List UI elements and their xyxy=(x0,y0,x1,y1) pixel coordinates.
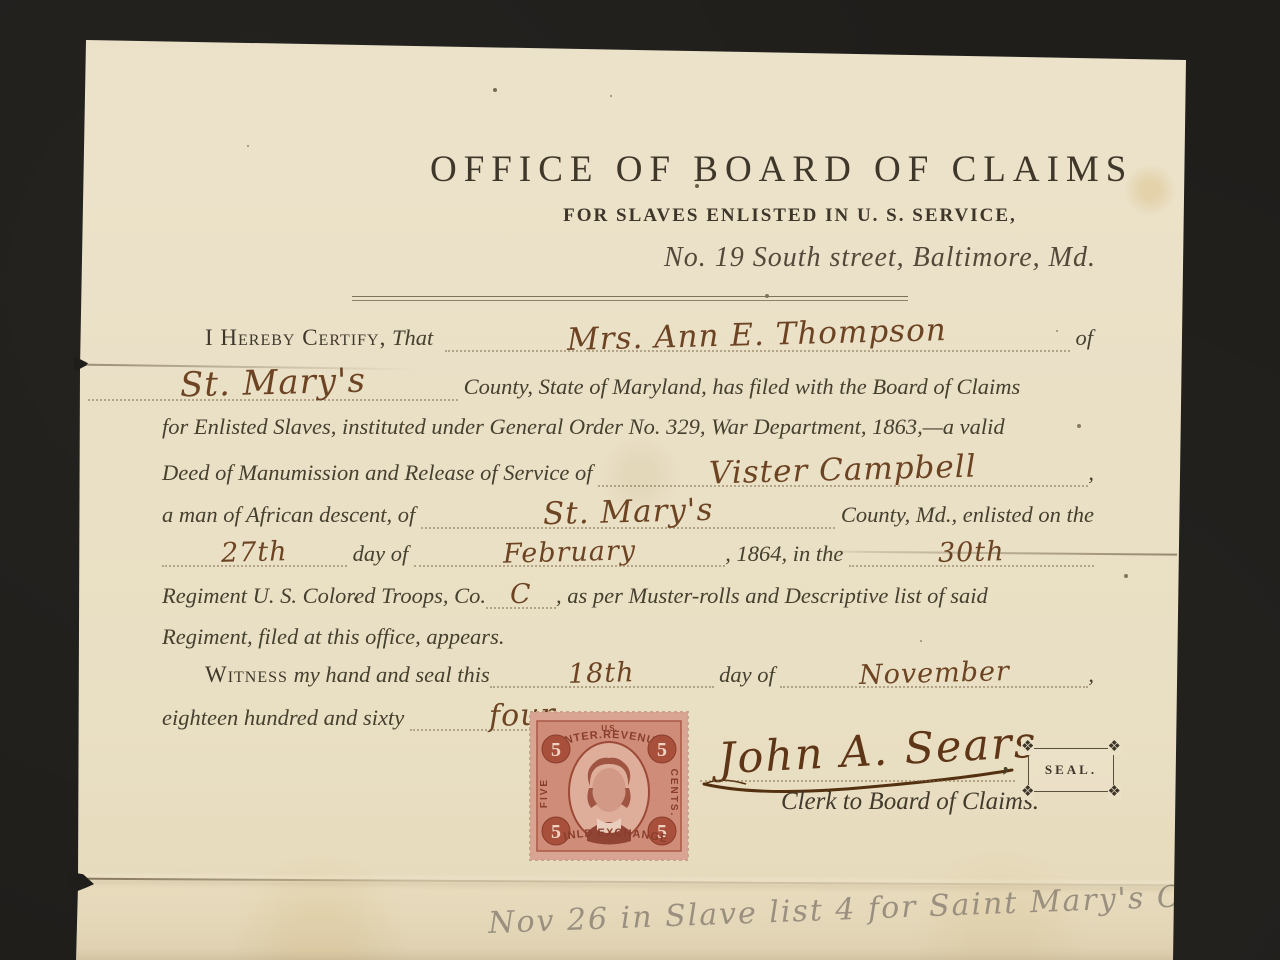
witness-label: Witness xyxy=(205,662,288,688)
witness-rest-text: my hand and seal this xyxy=(288,662,490,688)
day-of-label: day of xyxy=(347,541,414,567)
line4-text: Deed of Manumission and Release of Servi… xyxy=(162,460,598,486)
soldier-fill-line: Vister Campbell xyxy=(598,457,1088,487)
handwritten-county-1: St. Mary's xyxy=(180,366,367,401)
stamp-five-bl: 5 xyxy=(551,821,561,843)
signature-dotted-line xyxy=(700,780,1015,782)
line4-comma: , xyxy=(1088,460,1094,486)
form-line-certify: I Hereby Certify, That Mrs. Ann E. Thomp… xyxy=(205,322,1093,352)
line2-text: County, State of Maryland, has filed wit… xyxy=(464,374,1021,400)
signature-comma: , xyxy=(1002,744,1010,778)
witness-month-fill: November xyxy=(780,662,1088,688)
paper-speckles xyxy=(0,0,2,2)
form-line-8: Regiment, filed at this office, appears. xyxy=(162,624,1094,650)
handwritten-witness-month: November xyxy=(859,660,1010,688)
handwritten-regiment-number: 30th xyxy=(938,540,1005,566)
month-fill-line: February xyxy=(414,541,725,567)
form-line-witness: Witness my hand and seal this18th day of… xyxy=(205,662,1094,688)
county-fill-line: St. Mary's xyxy=(88,368,458,401)
company-fill-line: C xyxy=(486,583,556,609)
handwritten-soldier-name: Vister Campbell xyxy=(709,454,977,489)
year-words-text: eighteen hundred and sixty xyxy=(162,705,410,731)
line7-post-text: , as per Muster-rolls and Descriptive li… xyxy=(556,583,988,609)
form-line-4: Deed of Manumission and Release of Servi… xyxy=(162,457,1094,487)
stamp-cents-word: CENTS. xyxy=(668,769,679,818)
document-subtitle: FOR SLAVES ENLISTED IN U. S. SERVICE, xyxy=(440,205,1140,227)
seal-box: ❖ ❖ ❖ ❖ SEAL. xyxy=(1028,748,1114,792)
year-1864-label: , 1864, in the xyxy=(725,541,849,567)
paper-sheet: OFFICE OF BOARD OF CLAIMS FOR SLAVES ENL… xyxy=(0,0,1280,960)
certify-label: I Hereby Certify, xyxy=(205,325,386,351)
stamp-five-word: FIVE xyxy=(539,778,550,808)
form-line-6: 27th day of February, 1864, in the 30th xyxy=(162,541,1094,567)
leading-fill: 27th xyxy=(162,541,347,567)
stamp-five-tr: 5 xyxy=(657,739,667,761)
handwritten-county-2: St. Mary's xyxy=(543,497,714,529)
document-title: OFFICE OF BOARD OF CLAIMS xyxy=(430,148,1130,191)
handwritten-claimant-name: Mrs. Ann E. Thompson xyxy=(567,317,947,355)
handwritten-company-letter: C xyxy=(510,583,532,608)
line5-pre-text: a man of African descent, of xyxy=(162,502,421,528)
pencil-annotation: Nov 26 in Slave list 4 for Saint Mary's … xyxy=(488,880,1169,941)
seal-ornament-icon: ❖ xyxy=(1021,740,1034,755)
photo-background: OFFICE OF BOARD OF CLAIMS FOR SLAVES ENL… xyxy=(0,0,1280,960)
claimant-fill-line: Mrs. Ann E. Thompson xyxy=(445,322,1070,352)
office-address: No. 19 South street, Baltimore, Md. xyxy=(540,242,1220,274)
of-label: of xyxy=(1070,325,1093,351)
line8-text: Regiment, filed at this office, appears. xyxy=(162,624,504,650)
line7-pre-text: Regiment U. S. Colored Troops, Co. xyxy=(162,583,486,609)
form-line-5: a man of African descent, of St. Mary's … xyxy=(162,499,1094,529)
county2-fill-line: St. Mary's xyxy=(421,499,835,529)
form-line-7: Regiment U. S. Colored Troops, Co.C, as … xyxy=(162,583,1094,609)
day-of-label-2: day of xyxy=(714,662,781,688)
witness-day-fill: 18th xyxy=(490,662,714,688)
line3-text: for Enlisted Slaves, instituted under Ge… xyxy=(162,414,1005,440)
form-line-3: for Enlisted Slaves, instituted under Ge… xyxy=(162,414,1094,440)
line5-post-text: County, Md., enlisted on the xyxy=(835,502,1094,528)
revenue-stamp: U.S. INTER.REVENUE. 5 5 5 5 FIV xyxy=(527,708,691,864)
form-line-county: St. Mary's County, State of Maryland, ha… xyxy=(88,368,1096,401)
stamp-five-tl: 5 xyxy=(551,739,561,761)
seal-ornament-icon: ❖ xyxy=(1021,785,1034,800)
witness-comma: , xyxy=(1088,662,1094,688)
handwritten-witness-day: 18th xyxy=(568,661,635,687)
that-label: That xyxy=(386,325,433,351)
seal-ornament-icon: ❖ xyxy=(1108,785,1121,800)
regiment-fill-line: 30th xyxy=(849,541,1094,567)
handwritten-month-enlisted: February xyxy=(503,539,637,567)
seal-ornament-icon: ❖ xyxy=(1108,740,1121,755)
handwritten-day-enlisted: 27th xyxy=(221,540,288,566)
seal-label: SEAL. xyxy=(1045,762,1097,778)
header-divider-rule xyxy=(352,296,908,301)
